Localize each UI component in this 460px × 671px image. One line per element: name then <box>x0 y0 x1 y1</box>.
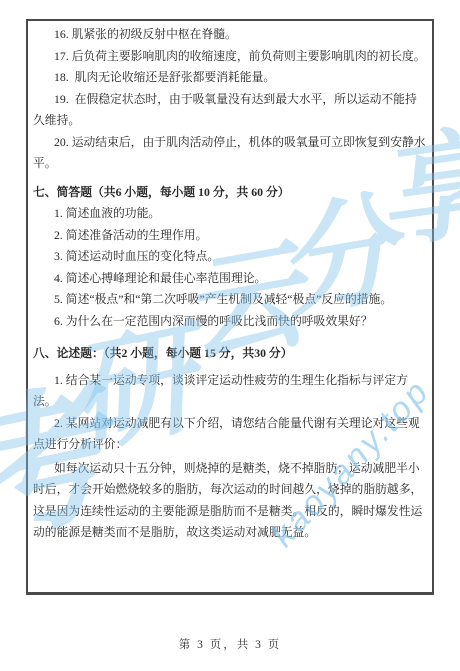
essay-item: 2. 某网站对运动减肥有以下介绍，请您结合能量代谢有关理论对这些观点进行分析评价… <box>33 413 427 456</box>
true-false-item: 18. 肌肉无论收缩还是舒张都要消耗能量。 <box>33 67 427 89</box>
true-false-item: 17. 后负荷主要影响肌肉的收缩速度，前负荷则主要影响肌肉的初长度。 <box>33 46 427 68</box>
essay-quote-paragraph: 如每次运动只十五分钟，则烧掉的是糖类，烧不掉脂肪；运动减肥半小时后，才会开始燃烧… <box>33 458 427 544</box>
short-answer-item: 3. 简述运动时血压的变化特点。 <box>33 246 427 268</box>
true-false-item: 19. 在假稳定状态时，由于吸氧量没有达到最大水平，所以运动不能持久维持。 <box>33 89 427 132</box>
page-number-footer: 第 3 页，共 3 页 <box>0 636 460 652</box>
exam-paper-page: 16. 肌紧张的初级反射中枢在脊髓。 17. 后负荷主要影响肌肉的收缩速度，前负… <box>0 0 460 671</box>
page-border-frame: 16. 肌紧张的初级反射中枢在脊髓。 17. 后负荷主要影响肌肉的收缩速度，前负… <box>26 19 434 595</box>
short-answer-item: 5. 简述“极点”和“第二次呼吸”产生机制及减轻“极点”反应的措施。 <box>33 289 427 311</box>
short-answer-item: 2. 简述准备活动的生理作用。 <box>33 225 427 247</box>
true-false-item: 20. 运动结束后，由于肌肉活动停止，机体的吸氧量可立即恢复到安静水平。 <box>33 132 427 175</box>
essay-item: 1. 结合某一运动专项，谈谈评定运动性疲劳的生理生化指标与评定方法。 <box>33 370 427 413</box>
short-answer-item: 1. 简述血液的功能。 <box>33 203 427 225</box>
essay-section-heading: 八、论述题：（共2 小题，每小题 15 分，共30 分） <box>33 343 427 365</box>
short-answer-section-heading: 七、简答题（共6 小题，每小题 10 分，共 60 分） <box>33 182 427 204</box>
short-answer-item: 4. 简述心搏峰理论和最佳心率范围理论。 <box>33 268 427 290</box>
short-answer-item: 6. 为什么在一定范围内深而慢的呼吸比浅而快的呼吸效果好？ <box>33 311 427 333</box>
true-false-item: 16. 肌紧张的初级反射中枢在脊髓。 <box>33 24 427 46</box>
